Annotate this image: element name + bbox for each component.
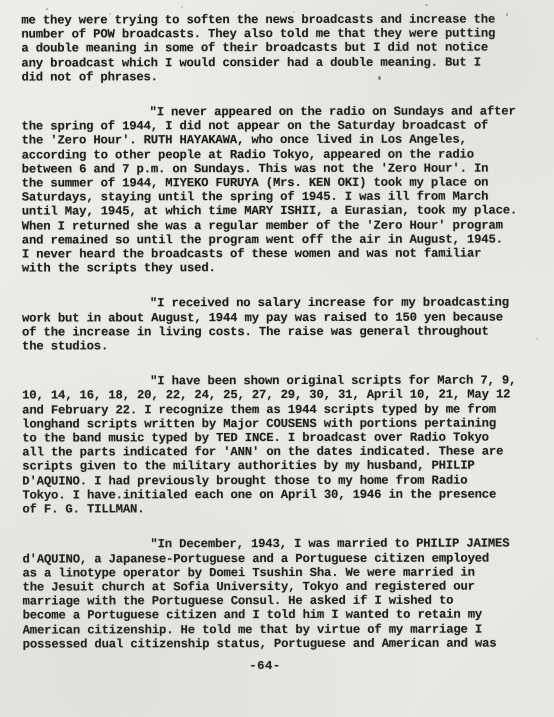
text-line: D'AQUINO. I had previously brought those…: [22, 473, 544, 488]
text-line: d'AQUINO, a Japanese-Portuguese and a Po…: [22, 551, 544, 566]
text-line: I never heard the broadcasts of these wo…: [22, 247, 544, 262]
text-line: any broadcast which I would consider had…: [21, 55, 543, 70]
text-line: and remained so until the program went o…: [22, 232, 544, 247]
text-line: the 'Zero Hour'. RUTH HAYAKAWA, who once…: [22, 133, 544, 148]
text-line: possessed dual citizenship status, Portu…: [23, 636, 545, 651]
text-line: between 6 and 7 p.m. on Sundays. This wa…: [22, 161, 544, 176]
text-line: and February 22. I recognize them as 194…: [22, 402, 544, 417]
text-line: "I never appeared on the radio on Sunday…: [22, 104, 544, 119]
paragraph: "I have been shown original scripts for …: [22, 374, 544, 517]
paragraph: "I never appeared on the radio on Sunday…: [22, 104, 544, 276]
text-line: did not of phrases.: [21, 69, 543, 84]
text-line: marriage with the Portuguese Consul. He …: [23, 594, 545, 609]
scan-speckle: [181, 6, 183, 8]
document-body: me they were trying to soften the news b…: [21, 12, 544, 672]
text-line: of F. G. TILLMAN.: [22, 502, 544, 517]
text-line: "In December, 1943, I was married to PHI…: [22, 537, 544, 552]
text-line: the Jesuit church at Sofia University, T…: [22, 579, 544, 594]
text-line: until May, 1945, at which time MARY ISHI…: [22, 204, 544, 219]
text-line: Tokyo. I have.initialed each one on Apri…: [22, 487, 544, 502]
document-page: me they were trying to soften the news b…: [0, 0, 554, 717]
paragraph: "In December, 1943, I was married to PHI…: [22, 537, 544, 652]
text-line: with the scripts they used.: [22, 261, 544, 276]
page-number: -64-: [0, 659, 530, 673]
text-line: "I received no salary increase for my br…: [22, 296, 544, 311]
text-line: When I returned she was a regular member…: [22, 218, 544, 233]
text-line: scripts given to the military authoritie…: [22, 459, 544, 474]
text-line: as a linotype operator by Domei Tsushin …: [22, 565, 544, 580]
text-line: 10, 14, 16, 18, 20, 22, 24, 25, 27, 29, …: [22, 388, 544, 403]
scan-speckle: [425, 4, 428, 6]
paragraph: me they were trying to soften the news b…: [21, 12, 543, 84]
text-line: me they were trying to soften the news b…: [21, 12, 543, 27]
text-line: the summer of 1944, MIYEKO FURUYA (Mrs. …: [22, 175, 544, 190]
text-line: longhand scripts written by Major COUSEN…: [22, 416, 544, 431]
scan-speckle: [46, 8, 48, 10]
text-line: become a Portuguese citizen and I told h…: [23, 608, 545, 623]
text-line: to the band music typed by TED INCE. I b…: [22, 431, 544, 446]
text-line: of the increase in living costs. The rai…: [22, 324, 544, 339]
text-line: the studios.: [22, 339, 544, 354]
paragraph: "I received no salary increase for my br…: [22, 296, 544, 354]
text-line: American citizenship. He told me that by…: [23, 622, 545, 637]
text-line: work but in about August, 1944 my pay wa…: [22, 310, 544, 325]
text-line: according to other people at Radio Tokyo…: [22, 147, 544, 162]
text-line: a double meaning in some of their broadc…: [21, 41, 543, 56]
